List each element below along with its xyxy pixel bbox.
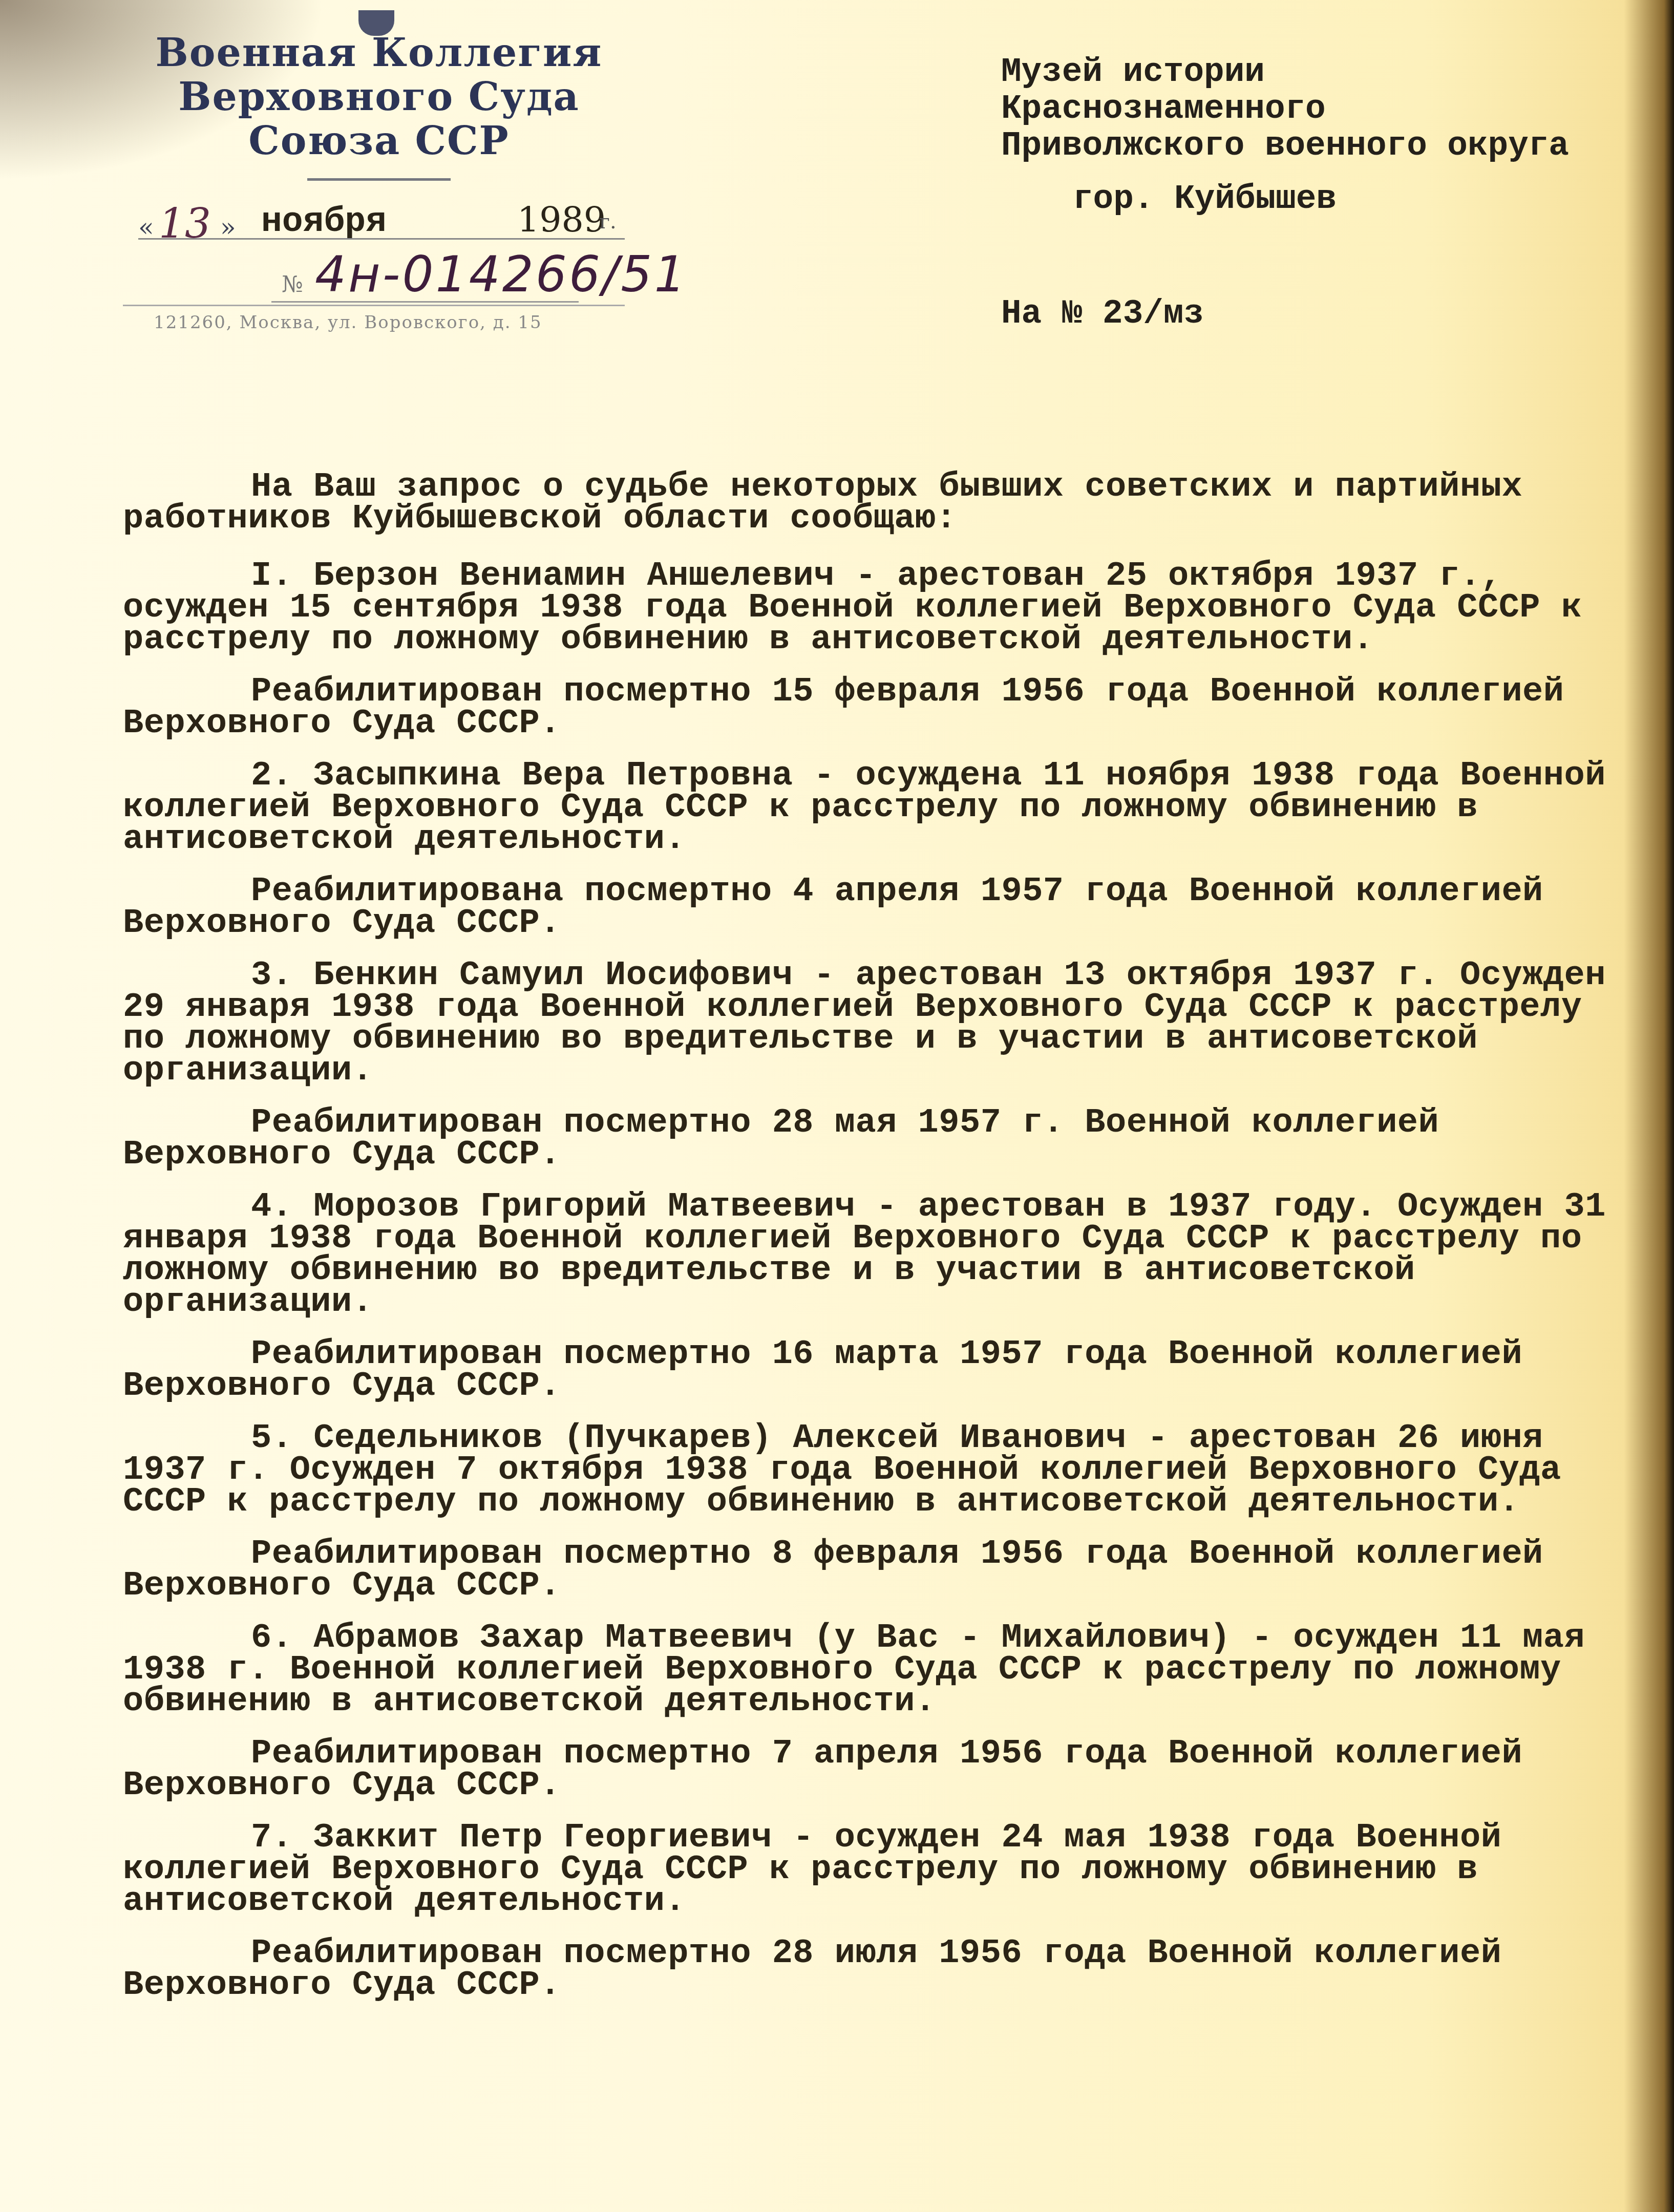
- recipient-city: гор. Куйбышев: [1001, 181, 1569, 218]
- intro-paragraph: На Ваш запрос о судьбе некоторых бывших …: [123, 471, 1608, 535]
- outgoing-reference: № 4н-014266/51: [271, 251, 661, 307]
- rehabilitation-paragraph: Реабилитирован посмертно 7 апреля 1956 г…: [123, 1738, 1608, 1801]
- letterhead: Военная Коллегия Верховного Суда Союза С…: [149, 31, 609, 181]
- entry-text: Берзон Вениамин Аншелевич - арестован 25…: [123, 557, 1582, 659]
- document-page: Военная Коллегия Верховного Суда Союза С…: [0, 0, 1674, 2212]
- entry-paragraph: 4. Морозов Григорий Матвеевич - арестова…: [123, 1191, 1608, 1318]
- letterhead-divider: [307, 178, 451, 181]
- rehabilitation-paragraph: Реабилитирован посмертно 15 февраля 1956…: [123, 676, 1608, 739]
- reference-number: 4н-014266/51: [315, 246, 687, 303]
- date-underline: [138, 238, 625, 240]
- entry: 6. Абрамов Захар Матвеевич (у Вас - Миха…: [123, 1622, 1608, 1801]
- org-name-line: Верховного Суда: [149, 75, 609, 119]
- entry-paragraph: 7. Заккит Петр Георгиевич - осужден 24 м…: [123, 1822, 1608, 1917]
- recipient-line: Краснознаменного: [1001, 91, 1569, 127]
- entry-paragraph: 6. Абрамов Захар Матвеевич (у Вас - Миха…: [123, 1622, 1608, 1717]
- date-year: 1989: [517, 200, 606, 240]
- state-emblem-icon: [358, 10, 394, 36]
- entry: I. Берзон Вениамин Аншелевич - арестован…: [123, 560, 1608, 739]
- rehabilitation-paragraph: Реабилитирован посмертно 16 марта 1957 г…: [123, 1338, 1608, 1402]
- entry: 5. Седельников (Пучкарев) Алексей Иванов…: [123, 1422, 1608, 1602]
- recipient-block: Музей истории Краснознаменного Приволжск…: [1001, 54, 1569, 218]
- entry-paragraph: 3. Бенкин Самуил Иосифович - арестован 1…: [123, 960, 1608, 1087]
- sender-address: 121260, Москва, ул. Воровского, д. 15: [154, 312, 542, 333]
- date-day: 13: [159, 200, 211, 247]
- entry-text: Заккит Петр Георгиевич - осужден 24 мая …: [123, 1818, 1501, 1921]
- org-name-line: Союза ССР: [149, 119, 609, 163]
- letter-body: На Ваш запрос о судьбе некоторых бывших …: [123, 471, 1608, 2022]
- entry-paragraph: 2. Засыпкина Вера Петровна - осуждена 11…: [123, 760, 1608, 855]
- recipient-line: Музей истории: [1001, 54, 1569, 91]
- in-reply-to: На № 23/мз: [1001, 294, 1204, 333]
- entry: 7. Заккит Петр Георгиевич - осужден 24 м…: [123, 1822, 1608, 2001]
- org-name-line: Военная Коллегия: [149, 31, 609, 75]
- entry-text: Засыпкина Вера Петровна - осуждена 11 но…: [123, 756, 1606, 859]
- entry: 2. Засыпкина Вера Петровна - осуждена 11…: [123, 760, 1608, 939]
- entry-paragraph: I. Берзон Вениамин Аншелевич - арестован…: [123, 560, 1608, 655]
- entry-text: Бенкин Самуил Иосифович - арестован 13 о…: [123, 956, 1606, 1090]
- entry: 3. Бенкин Самуил Иосифович - арестован 1…: [123, 960, 1608, 1171]
- rehabilitation-paragraph: Реабилитирована посмертно 4 апреля 1957 …: [123, 876, 1608, 939]
- rehabilitation-paragraph: Реабилитирован посмертно 28 мая 1957 г. …: [123, 1107, 1608, 1171]
- rehabilitation-paragraph: Реабилитирован посмертно 8 февраля 1956 …: [123, 1538, 1608, 1602]
- entry-paragraph: 5. Седельников (Пучкарев) Алексей Иванов…: [123, 1422, 1608, 1518]
- address-divider: [123, 305, 625, 306]
- date-month: ноября: [261, 202, 387, 242]
- document-date: « 13 » ноября 1989 г.: [138, 200, 630, 246]
- entry-text: Седельников (Пучкарев) Алексей Иванович …: [123, 1419, 1561, 1521]
- rehabilitation-paragraph: Реабилитирован посмертно 28 июля 1956 го…: [123, 1938, 1608, 2001]
- entry-text: Морозов Григорий Матвеевич - арестован в…: [123, 1187, 1606, 1322]
- number-sign: №: [282, 271, 303, 297]
- recipient-line: Приволжского военного округа: [1001, 127, 1569, 164]
- reference-underline: [271, 301, 579, 303]
- entry-text: Абрамов Захар Матвеевич (у Вас - Михайло…: [123, 1619, 1585, 1721]
- entry: 4. Морозов Григорий Матвеевич - арестова…: [123, 1191, 1608, 1402]
- date-year-suffix: г.: [599, 210, 617, 233]
